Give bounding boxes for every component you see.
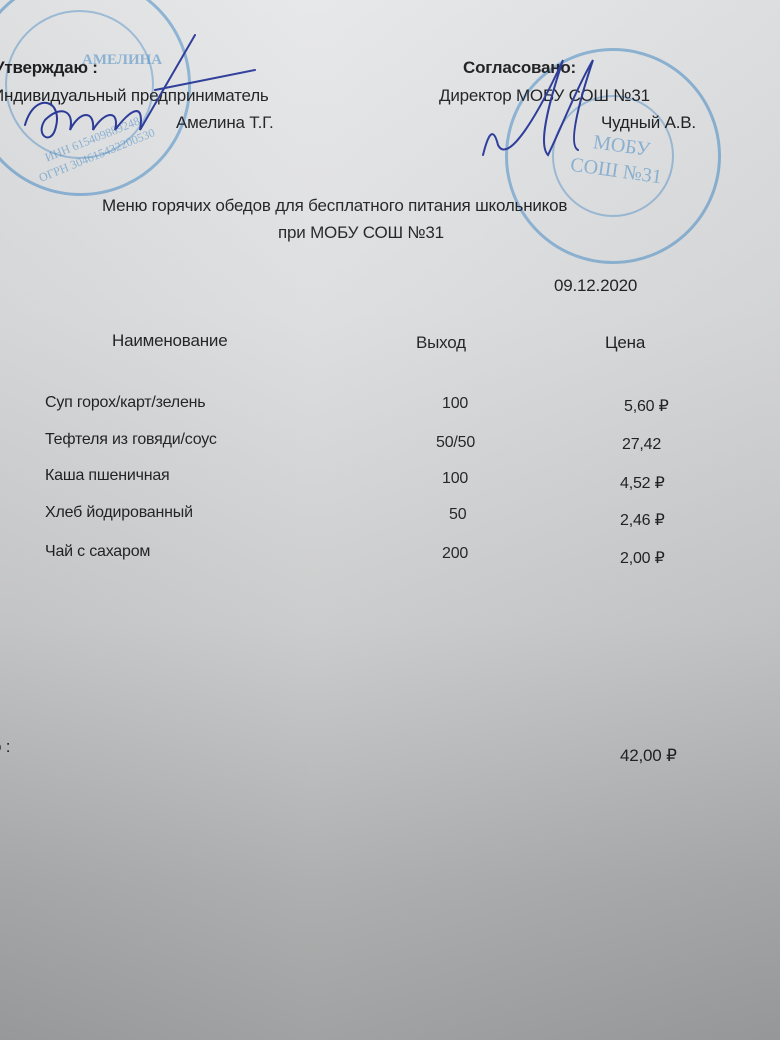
dish-yield: 50 (449, 506, 466, 524)
dish-yield: 200 (442, 545, 468, 563)
dish-price: 27,42 (622, 436, 661, 454)
total-value: 42,00 ₽ (620, 746, 677, 766)
dish-name: Чай с сахаром (45, 543, 150, 561)
dish-name: Хлеб йодированный (45, 504, 193, 522)
menu-title-line2: при МОБУ СОШ №31 (278, 223, 444, 243)
dish-name: Суп горох/карт/зелень (45, 394, 205, 412)
dish-yield: 100 (442, 470, 468, 488)
dish-price: 4,52 ₽ (620, 473, 665, 493)
approver-signature (5, 30, 265, 150)
column-header-name: Наименование (112, 331, 227, 351)
menu-date: 09.12.2020 (554, 276, 637, 296)
dish-price: 2,00 ₽ (620, 548, 665, 568)
column-header-price: Цена (605, 333, 645, 353)
dish-yield: 50/50 (436, 434, 475, 452)
menu-title-line1: Меню горячих обедов для бесплатного пита… (102, 196, 567, 216)
director-signature (478, 55, 618, 175)
dish-price: 5,60 ₽ (624, 396, 669, 416)
document-page: АМЕЛИНА ИНН 615409889248 ОГРН 3046154322… (0, 0, 780, 1040)
total-label: о : (0, 737, 10, 757)
dish-price: 2,46 ₽ (620, 510, 665, 530)
dish-name: Каша пшеничная (45, 467, 170, 485)
dish-yield: 100 (442, 395, 468, 413)
dish-name: Тефтеля из говяди/соус (45, 431, 217, 449)
column-header-yield: Выход (416, 333, 466, 353)
